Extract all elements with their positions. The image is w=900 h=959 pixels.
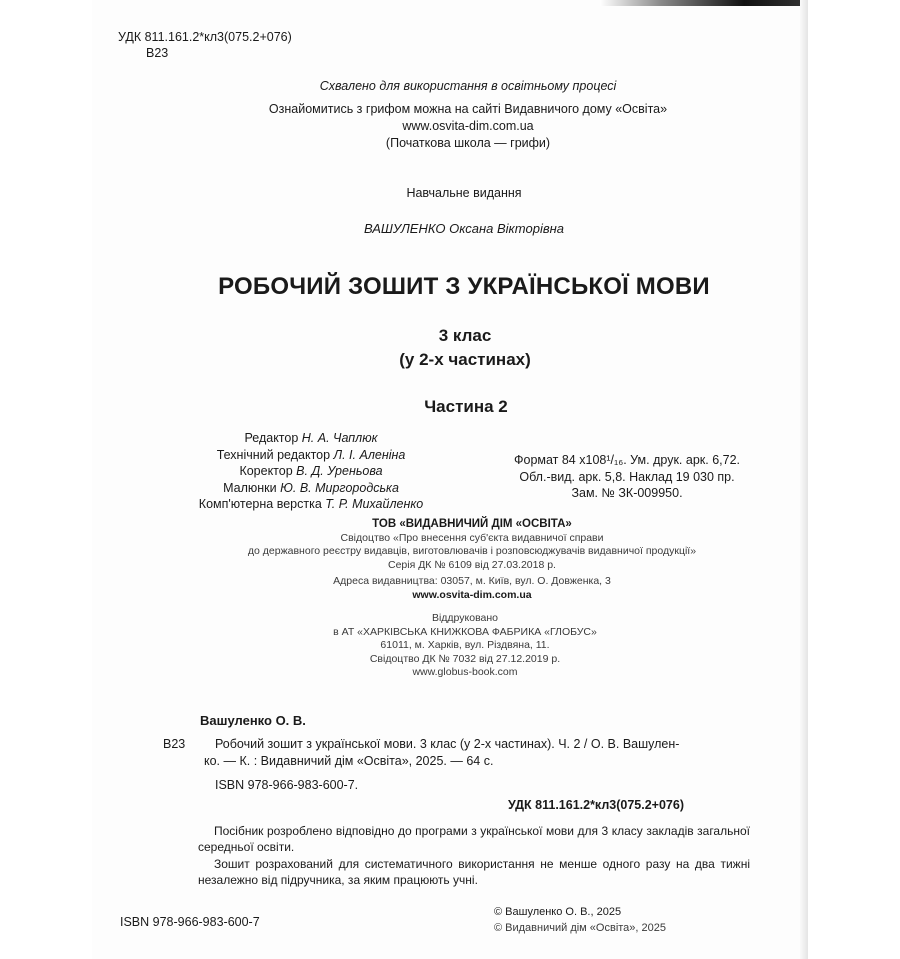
footer-isbn: ISBN 978-966-983-600-7	[120, 915, 260, 929]
approval-website: www.osvita-dim.com.ua	[402, 119, 533, 133]
udk-code: УДК 811.161.2*кл3(075.2+076)	[118, 30, 292, 44]
publisher-website: www.osvita-dim.com.ua	[242, 589, 702, 603]
printed-label: Віддруковано	[300, 612, 630, 626]
annotation-paragraph-2: Зошит розрахований для систематичного ви…	[198, 856, 750, 888]
print-order: Зам. № ЗК-009950.	[494, 485, 760, 502]
printer-block: Віддруковано в АТ «ХАРКІВСЬКА КНИЖКОВА Ф…	[300, 612, 630, 680]
bbk-code: В23	[146, 46, 168, 60]
credit-tech-editor: Технічний редактор Л. І. Аленіна	[176, 447, 446, 464]
publisher-cert-2: до державного реєстру видавців, виготовл…	[242, 545, 702, 559]
book-parts: (у 2-х частинах)	[399, 350, 531, 370]
catalog-description-1: Робочий зошит з української мови. 3 клас…	[215, 737, 679, 751]
print-format: Формат 84 х108¹/₁₆. Ум. друк. арк. 6,72.	[494, 452, 760, 469]
credit-proofreader: Коректор В. Д. Уреньова	[176, 463, 446, 480]
printer-cert: Свідоцтво ДК № 7032 від 27.12.2019 р.	[300, 653, 630, 667]
print-volume: Обл.-вид. арк. 5,8. Наклад 19 030 пр.	[494, 469, 760, 486]
book-grade: 3 клас	[439, 326, 492, 346]
credit-layout: Комп'ютерна верстка Т. Р. Михайленко	[176, 496, 446, 513]
print-specs: Формат 84 х108¹/₁₆. Ум. друк. арк. 6,72.…	[494, 452, 760, 502]
approval-stamp: Схвалено для використання в освітньому п…	[320, 79, 617, 93]
author-given-names: Оксана Вікторівна	[449, 221, 564, 236]
publisher-name: ТОВ «ВИДАВНИЧИЙ ДІМ «ОСВІТА»	[242, 518, 702, 532]
publisher-cert-series: Серія ДК № 6109 від 27.03.2018 р.	[242, 559, 702, 573]
approval-info: Ознайомитись з грифом можна на сайті Вид…	[269, 102, 667, 116]
annotation-paragraph-1: Посібник розроблено відповідно до програ…	[198, 823, 750, 855]
publisher-address: Адреса видавництва: 03057, м. Київ, вул.…	[242, 575, 702, 589]
printer-name: в АТ «ХАРКІВСЬКА КНИЖКОВА ФАБРИКА «ГЛОБУ…	[300, 626, 630, 640]
page-edge-shadow	[600, 0, 806, 6]
book-title: РОБОЧИЙ ЗОШИТ З УКРАЇНСЬКОЇ МОВИ	[218, 273, 710, 301]
approval-section: (Початкова школа — грифи)	[386, 136, 550, 150]
printer-website: www.globus-book.com	[300, 666, 630, 680]
copyright-publisher: © Видавничий дім «Освіта», 2025	[494, 922, 666, 934]
credit-editor: Редактор Н. А. Чаплюк	[176, 430, 446, 447]
credit-illustrator: Малюнки Ю. В. Миргородська	[176, 480, 446, 497]
credits-block: Редактор Н. А. Чаплюк Технічний редактор…	[176, 430, 446, 513]
catalog-udk: УДК 811.161.2*кл3(075.2+076)	[508, 798, 684, 812]
catalog-isbn: ISBN 978-966-983-600-7.	[215, 778, 358, 792]
copyright-author: © Вашуленко О. В., 2025	[494, 906, 621, 918]
book-part: Частина 2	[424, 397, 508, 417]
catalog-author: Вашуленко О. В.	[200, 713, 306, 728]
catalog-description-2: ко. — К. : Видавничий дім «Освіта», 2025…	[204, 754, 493, 768]
edition-type: Навчальне видання	[406, 186, 521, 200]
catalog-bbk: В23	[163, 737, 185, 751]
author-surname: ВАШУЛЕНКО	[364, 221, 446, 236]
author-full-name: ВАШУЛЕНКО Оксана Вікторівна	[364, 221, 564, 236]
printer-address: 61011, м. Харків, вул. Різдвяна, 11.	[300, 639, 630, 653]
publisher-cert-1: Свідоцтво «Про внесення суб'єкта видавни…	[242, 532, 702, 546]
page-right-edge	[800, 0, 808, 959]
publisher-block: ТОВ «ВИДАВНИЧИЙ ДІМ «ОСВІТА» Свідоцтво «…	[242, 518, 702, 602]
